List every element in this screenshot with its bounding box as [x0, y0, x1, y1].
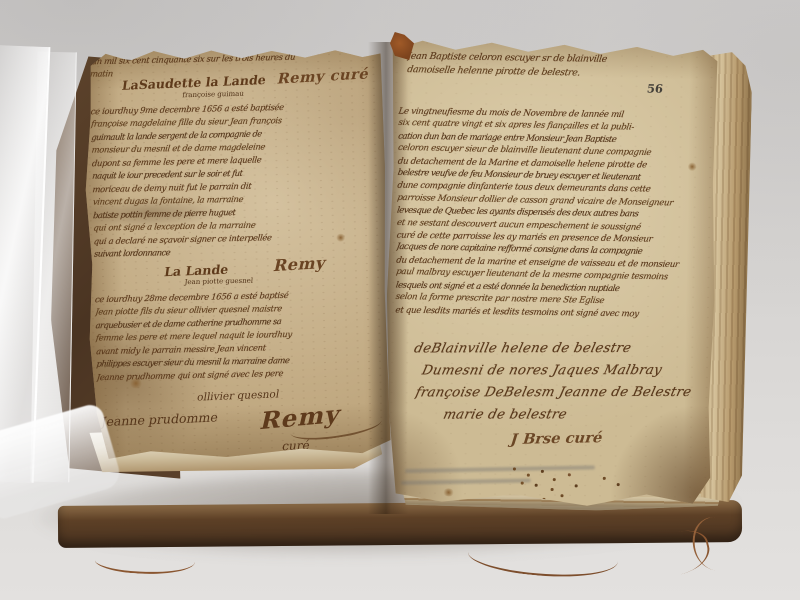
foxing-spot — [442, 488, 454, 496]
left-page: lan mil six cent cinquante six sur les t… — [81, 43, 392, 464]
right-page-header: Jean Baptiste celoron escuyer sr de blai… — [407, 50, 707, 82]
foxing-spot — [129, 378, 143, 388]
faint-pencil-inscription — [405, 465, 595, 473]
entry2-inserted-name: Jean piotte guesnel — [184, 277, 253, 287]
entry2-heading-priest: Remy — [272, 253, 328, 275]
ink-spatter-dots — [513, 467, 516, 470]
handwriting-line: deBlainville helene de belestre — [412, 338, 708, 360]
signature-jeanne-prudomme: Jeanne prudomme — [100, 409, 219, 429]
faint-pencil-inscription — [401, 478, 531, 484]
signature-officiant-cure: J Brse curé — [508, 429, 605, 448]
right-page: Jean Baptiste celoron escuyer sr de blai… — [382, 37, 719, 510]
photo-scene: lan mil six cent cinquante six sur les t… — [0, 0, 800, 600]
right-page-marriage-act-text: Le vingtneufiesme du mois de Novembre de… — [395, 106, 712, 322]
handwriting-line: françoise DeBelesm Jeanne de Belestre — [413, 382, 707, 404]
left-page-entry2-text: ce iourdhuy 28me decembre 1656 a esté ba… — [95, 287, 389, 385]
folio-number: 56 — [646, 81, 664, 95]
foxing-spot — [688, 162, 697, 171]
handwriting-line: Dumesni de nores Jaques Malbray — [419, 360, 707, 382]
handwriting-line: marie de belestre — [441, 404, 707, 426]
right-page-signatures: deBlainville helene de belestreDumesni d… — [414, 336, 705, 429]
frayed-thread — [94, 545, 196, 578]
entry1-inserted-name: françoise guimau — [182, 90, 244, 99]
signature-ollivier-quesnol: ollivier quesnol — [196, 388, 280, 403]
